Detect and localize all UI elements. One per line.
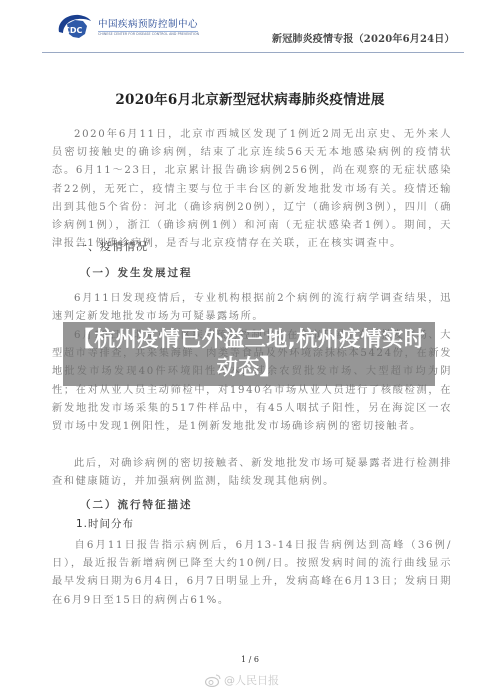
page-indicator: 1 / 6 — [0, 655, 500, 664]
document-header: CDC 中国疾病预防控制中心 CHINESE CENTER FOR DISEAS… — [50, 10, 465, 50]
intro-paragraph: 2020年6月11日，北京市西城区发现了1例近2周无出京史、无外来人员密切接触史… — [52, 126, 452, 253]
headline-text: 【杭州疫情已外溢三地,杭州疫情实时动态】 — [63, 325, 435, 381]
subsection-heading: （二）流行特征描述 — [80, 497, 193, 512]
svg-text:CDC: CDC — [64, 26, 83, 35]
section-heading: 一、疫情情况 — [76, 238, 148, 254]
weibo-icon — [205, 674, 221, 687]
cdc-logo-icon: CDC — [55, 12, 95, 42]
document-title: 2020年6月北京新型冠状病毒肺炎疫情进展 — [0, 88, 500, 108]
subsection-heading: （一）发生发展过程 — [80, 265, 193, 280]
paragraph: 6月11日发现疫情后，专业机构根据前2个病例的流行病学调查结果，迅速判定新发地批… — [52, 290, 452, 326]
headline-overlay: 【杭州疫情已外溢三地,杭州疫情实时动态】 — [63, 322, 435, 386]
report-title: 新冠肺炎疫情专报（2020年6月24日） — [272, 30, 455, 45]
org-name-en: CHINESE CENTER FOR DISEASE CONTROL AND P… — [98, 32, 199, 36]
paragraph: 此后，对确诊病例的密切接触者、新发地批发市场可疑暴露者进行检测排查和健康随访，并… — [52, 455, 452, 491]
header-divider — [42, 52, 464, 53]
item-heading: 1.时间分布 — [76, 516, 134, 531]
document-page: CDC 中国疾病预防控制中心 CHINESE CENTER FOR DISEAS… — [0, 0, 500, 692]
org-name-cn: 中国疾病预防控制中心 — [98, 16, 198, 32]
paragraph: 自6月11日报告指示病例后，6月13-14日报告病例达到高峰（36例/日），最近… — [52, 537, 452, 610]
watermark: @人民日报 — [205, 672, 279, 688]
